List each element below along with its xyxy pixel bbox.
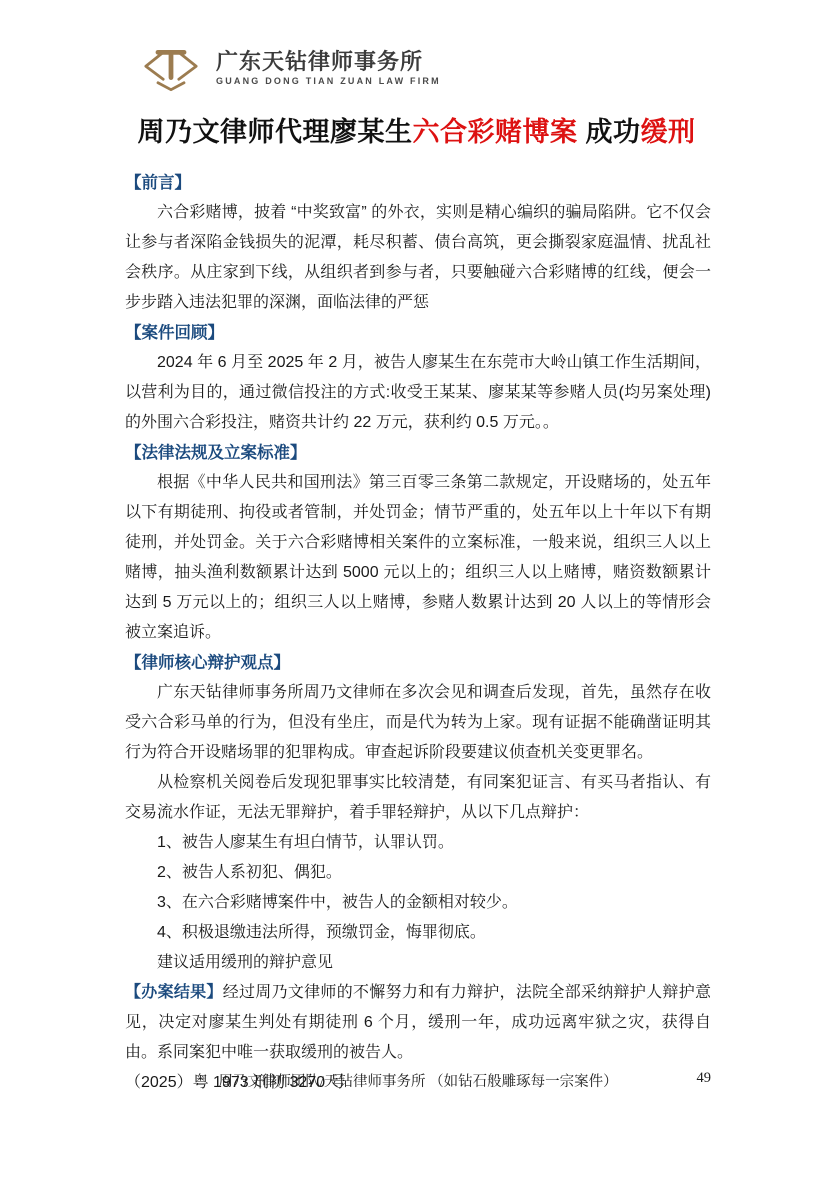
section-heading-case-review: 【案件回顾】 xyxy=(125,318,711,348)
paragraph-defense-1: 广东天钻律师事务所周乃文律师在多次会见和调查后发现，首先，虽然存在收受六合彩马单… xyxy=(125,678,711,768)
section-heading-preface: 【前言】 xyxy=(125,168,711,198)
document-page: 广东天钻律师事务所 GUANG DONG TIAN ZUAN LAW FIRM … xyxy=(0,0,833,1178)
defense-list-item-2: 2、被告人系初犯、偶犯。 xyxy=(125,858,711,888)
page-number: 49 xyxy=(697,1070,712,1087)
title-segment-3: 成功 xyxy=(577,117,640,147)
section-heading-defense-points: 【律师核心辩护观点】 xyxy=(125,648,711,678)
footer-text: 周乃文律师团队/天钻律师事务所 （如钻石般雕琢每一宗案件） xyxy=(125,1070,711,1091)
title-segment-1: 周乃文律师代理廖某生 xyxy=(137,117,412,147)
section-legal-standards: 【法律法规及立案标准】 根据《中华人民共和国刑法》第三百零三条第二款规定，开设赌… xyxy=(125,438,711,648)
paragraph-defense-2: 从检察机关阅卷后发现犯罪事实比较清楚，有同案犯证言、有买马者指认、有交易流水作证… xyxy=(125,768,711,828)
logo-text: 广东天钻律师事务所 GUANG DONG TIAN ZUAN LAW FIRM xyxy=(216,50,441,86)
section-preface: 【前言】 六合彩赌博，披着 “中奖致富” 的外衣，实则是精心编织的骗局陷阱。它不… xyxy=(125,168,711,318)
paragraph-legal-standards: 根据《中华人民共和国刑法》第三百零三条第二款规定，开设赌场的，处五年以下有期徒刑… xyxy=(125,468,711,648)
diamond-logo-icon xyxy=(138,44,204,92)
title-segment-4-red: 缓刑 xyxy=(641,117,696,147)
result-paragraph: 【办案结果】经过周乃文律师的不懈努力和有力辩护，法院全部采纳辩护人辩护意见，决定… xyxy=(125,978,711,1068)
paragraph-preface: 六合彩赌博，披着 “中奖致富” 的外衣，实则是精心编织的骗局陷阱。它不仅会让参与… xyxy=(125,198,711,318)
section-heading-legal-standards: 【法律法规及立案标准】 xyxy=(125,438,711,468)
defense-list-item-4: 4、积极退缴违法所得，预缴罚金，悔罪彻底。 xyxy=(125,918,711,948)
section-defense-points: 【律师核心辩护观点】 广东天钻律师事务所周乃文律师在多次会见和调查后发现，首先，… xyxy=(125,648,711,978)
paragraph-case-review: 2024 年 6 月至 2025 年 2 月，被告人廖某生在东莞市大岭山镇工作生… xyxy=(125,348,711,438)
document-title: 周乃文律师代理廖某生六合彩赌博案 成功缓刑 xyxy=(0,110,833,149)
defense-list-item-1: 1、被告人廖某生有坦白情节，认罪认罚。 xyxy=(125,828,711,858)
defense-suggestion: 建议适用缓刑的辩护意见 xyxy=(125,948,711,978)
law-firm-name-cn: 广东天钻律师事务所 xyxy=(216,50,441,74)
page-footer: 周乃文律师团队/天钻律师事务所 （如钻石般雕琢每一宗案件） 49 xyxy=(125,1070,711,1091)
section-case-review: 【案件回顾】 2024 年 6 月至 2025 年 2 月，被告人廖某生在东莞市… xyxy=(125,318,711,438)
defense-list-item-3: 3、在六合彩赌博案件中，被告人的金额相对较少。 xyxy=(125,888,711,918)
result-label: 【办案结果】 xyxy=(125,984,223,1001)
title-segment-2-red: 六合彩赌博案 xyxy=(412,117,577,147)
document-body: 【前言】 六合彩赌博，披着 “中奖致富” 的外衣，实则是精心编织的骗局陷阱。它不… xyxy=(125,168,711,1098)
law-firm-logo: 广东天钻律师事务所 GUANG DONG TIAN ZUAN LAW FIRM xyxy=(138,44,441,92)
law-firm-name-en: GUANG DONG TIAN ZUAN LAW FIRM xyxy=(216,76,441,86)
